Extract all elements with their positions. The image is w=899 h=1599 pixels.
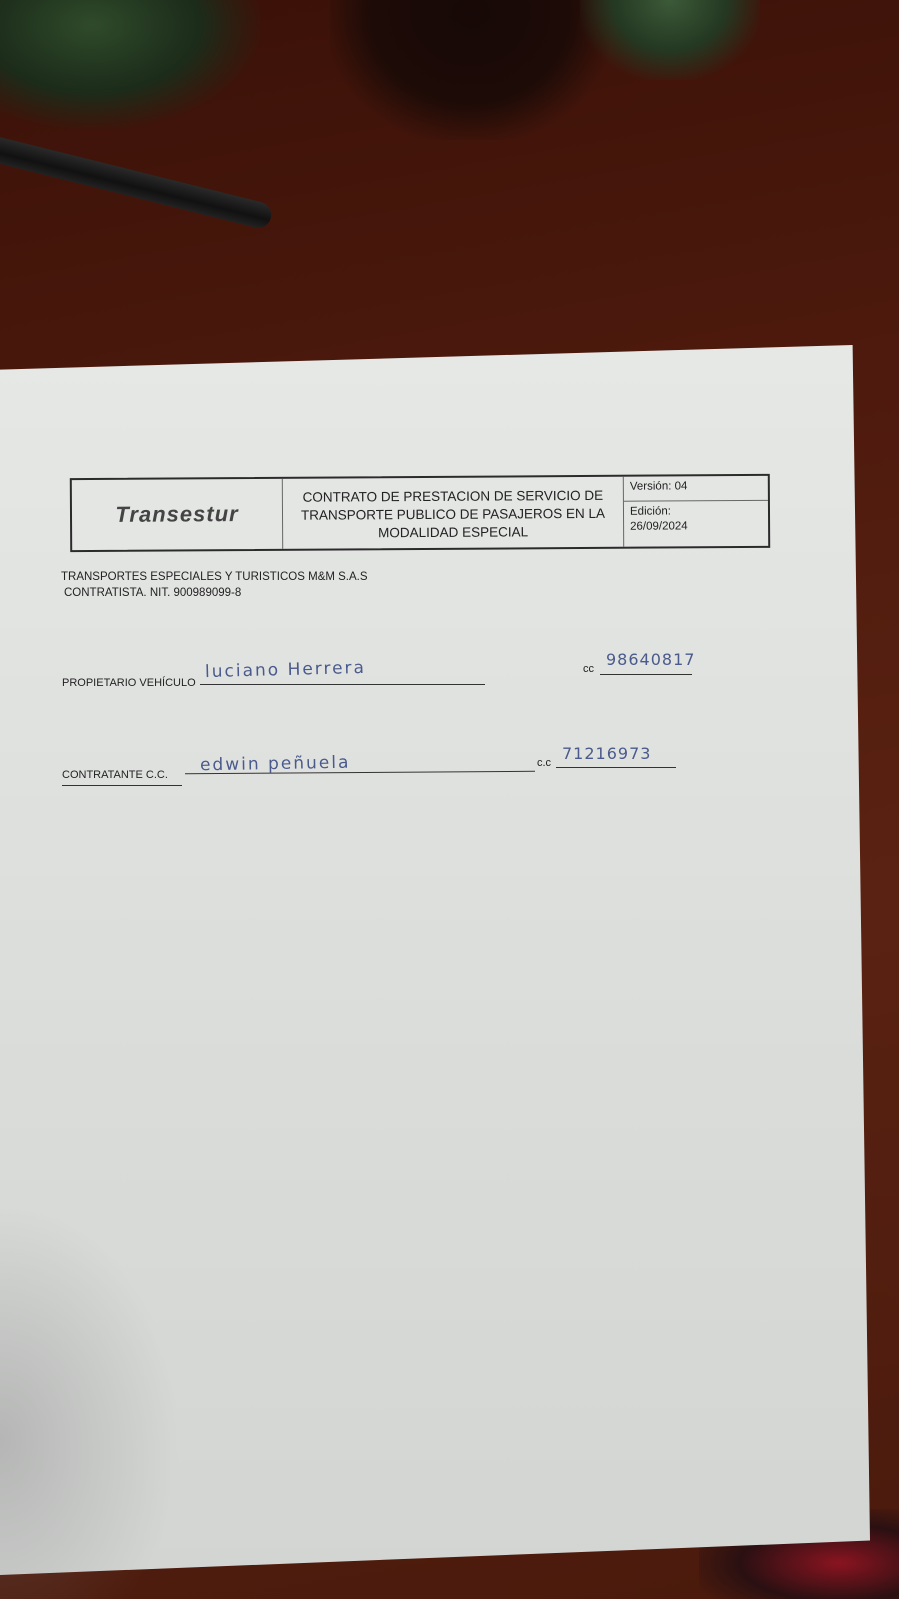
paper-shadow [0,1200,180,1599]
version-label: Versión: 04 [624,476,768,502]
company-info: TRANSPORTES ESPECIALES Y TURISTICOS M&M … [61,569,368,601]
owner-cc-line [600,674,692,675]
edition-date: 26/09/2024 [630,519,762,535]
contractor-label-underline [62,785,182,786]
owner-cc-label: cc [583,663,594,675]
company-logo: Transestur [72,479,283,550]
document-title: CONTRATO DE PRESTACION DE SERVICIO DE TR… [283,477,624,549]
contractor-cc-line [556,767,676,768]
contractor-cc-handwritten: 71216973 [562,744,651,763]
document-header: Transestur CONTRATO DE PRESTACION DE SER… [70,474,770,552]
logo-text: Transestur [115,501,238,528]
title-text: CONTRATO DE PRESTACION DE SERVICIO DE TR… [283,487,623,543]
contractor-label: CONTRATANTE C.C. [62,769,168,781]
edition-block: Edición: 26/09/2024 [624,501,768,538]
document-meta: Versión: 04 Edición: 26/09/2024 [624,476,768,547]
dark-shadow-decoration [330,0,610,140]
pen [0,130,274,230]
contractor-cc-label: c.c [537,757,551,769]
company-nit: CONTRATISTA. NIT. 900989099-8 [61,585,368,601]
owner-name-line [200,684,485,685]
pine-branch-decoration-right [580,0,760,80]
owner-cc-handwritten: 98640817 [606,650,695,669]
owner-label: PROPIETARIO VEHÍCULO [62,677,196,689]
company-name: TRANSPORTES ESPECIALES Y TURISTICOS M&M … [61,569,368,585]
owner-name-handwritten: luciano Herrera [205,658,366,682]
pine-branch-decoration [0,0,260,130]
edition-label: Edición: [630,504,762,520]
